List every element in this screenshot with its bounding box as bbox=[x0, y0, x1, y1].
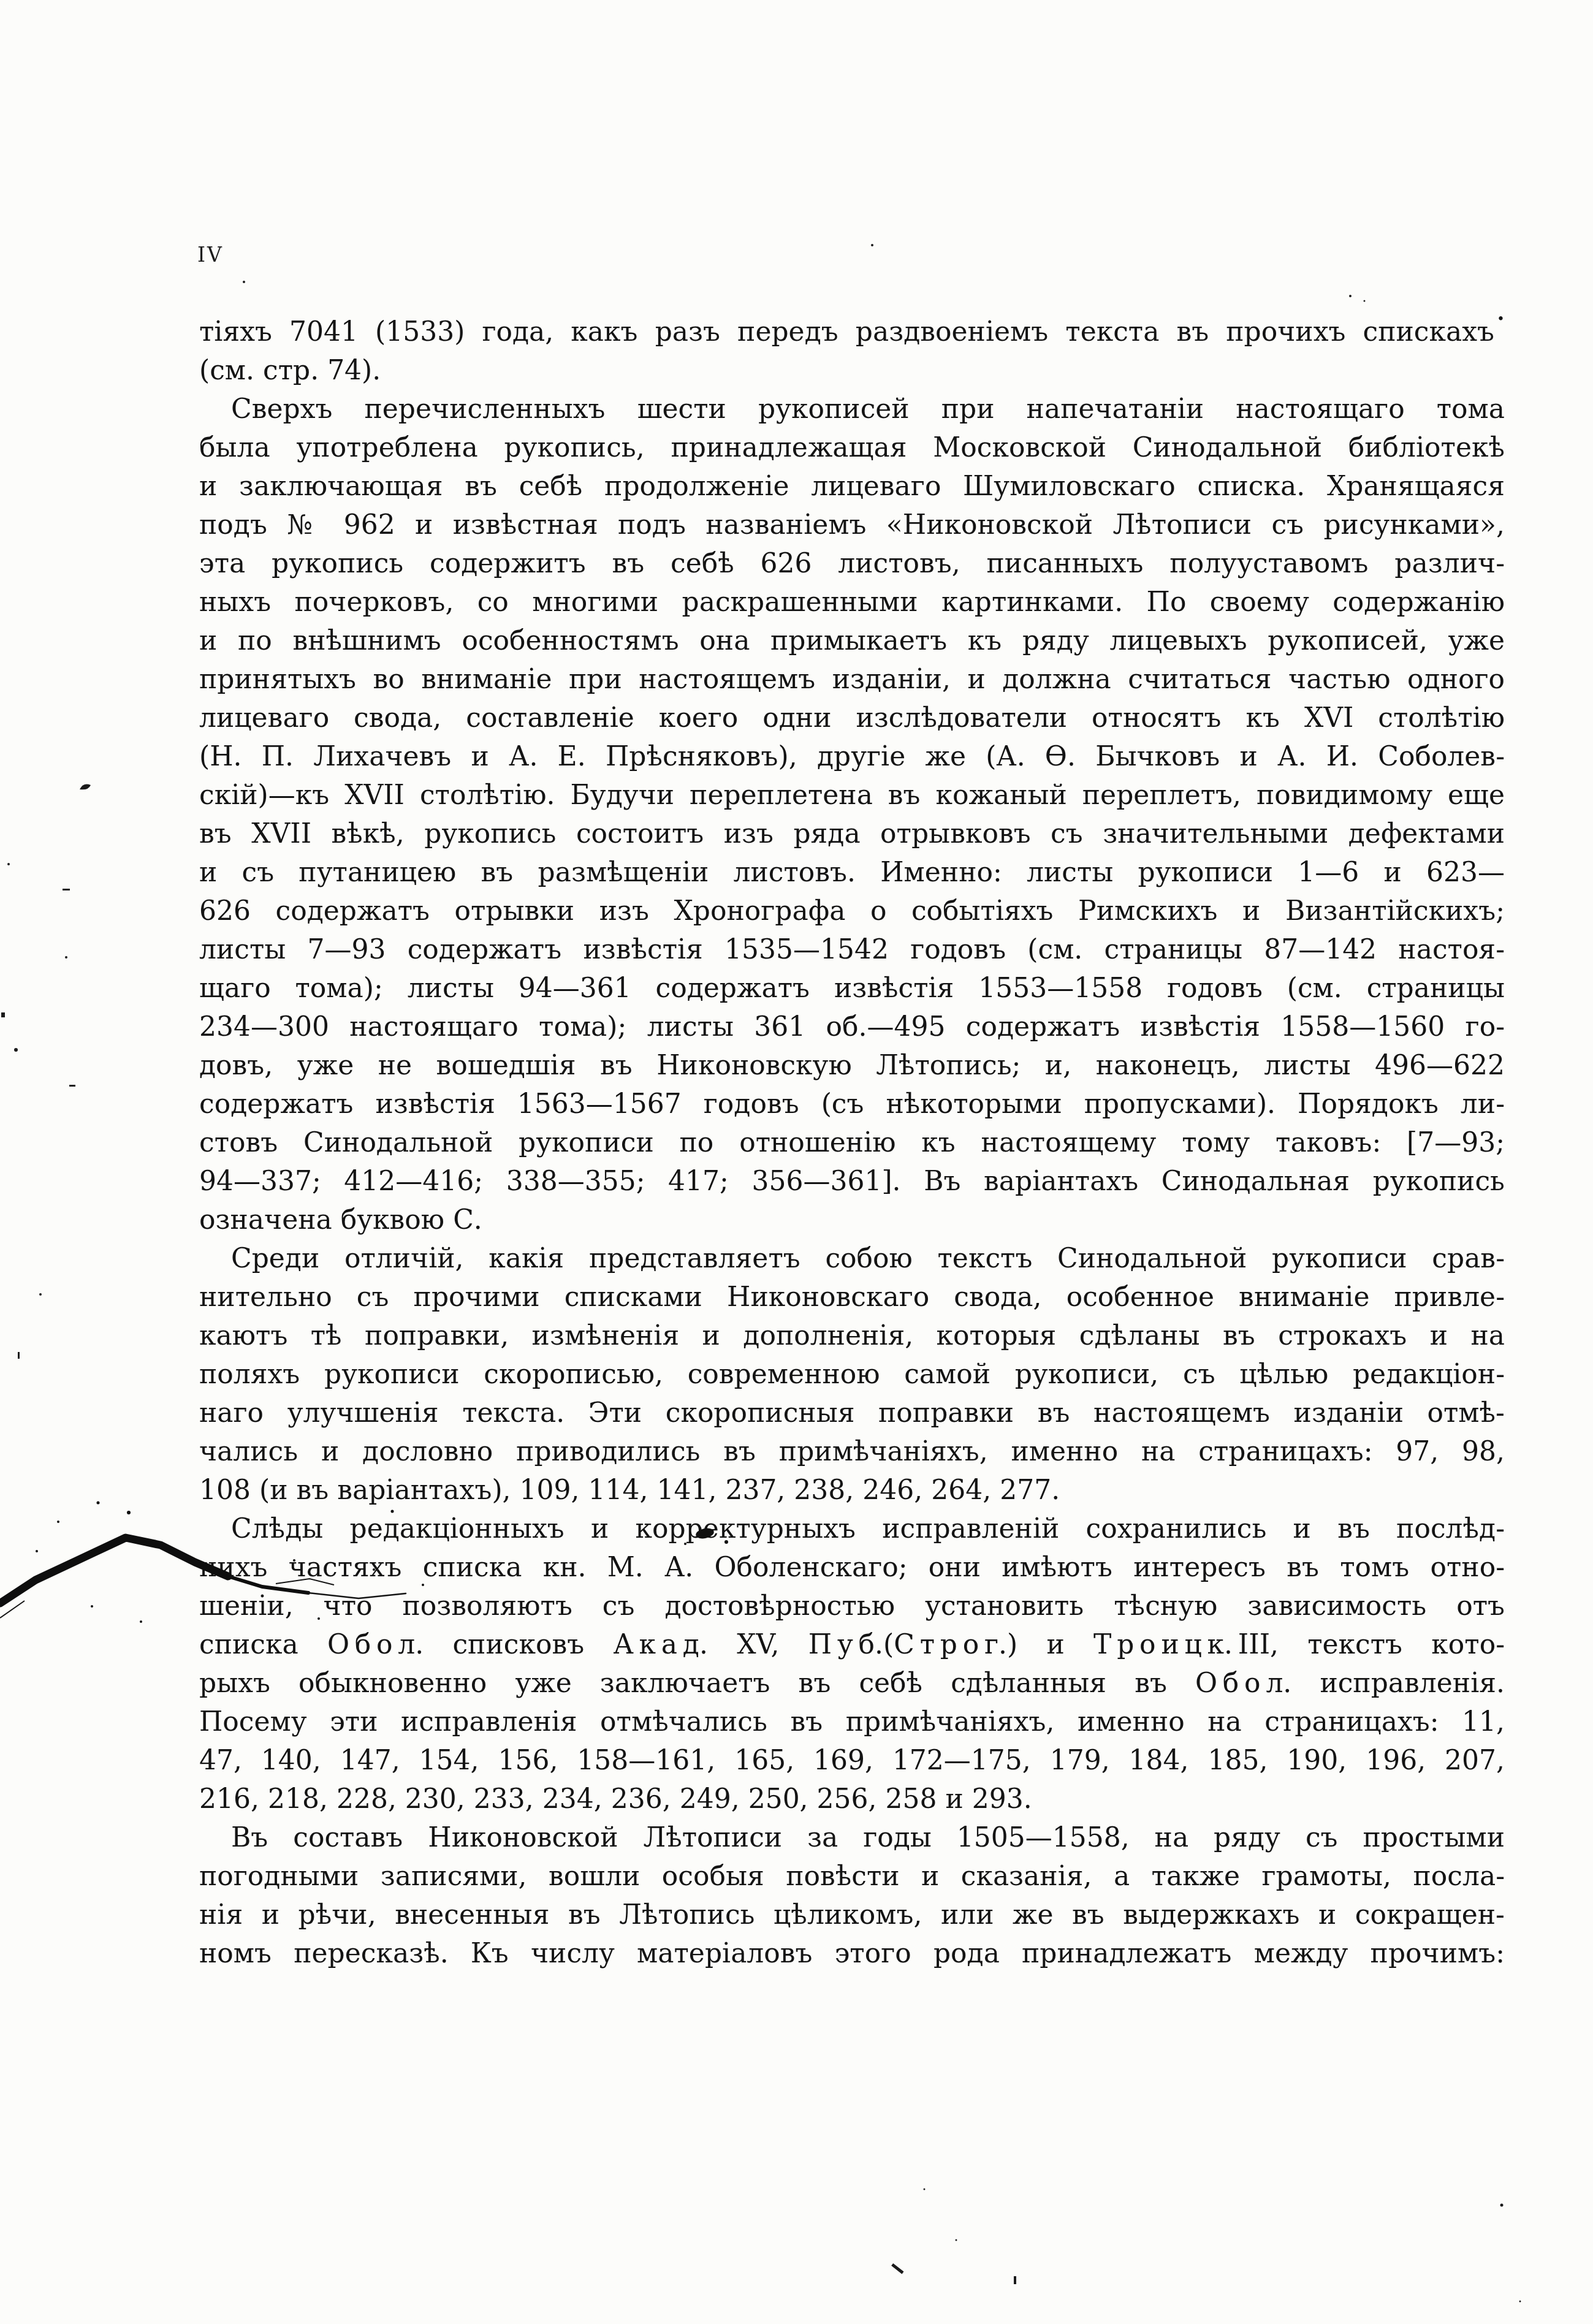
text-line: наго улучшенія текста. Эти скорописныя п… bbox=[199, 1394, 1505, 1432]
text-line: нихъ частяхъ списка кн. М. А. Оболенскаг… bbox=[199, 1548, 1505, 1587]
text-line: тіяхъ 7041 (1533) года, какъ разъ передъ… bbox=[199, 313, 1505, 351]
text-line: и заключающая въ себѣ продолженіе лицева… bbox=[199, 467, 1505, 506]
text-line: 216, 218, 228, 230, 233, 234, 236, 249, … bbox=[199, 1780, 1505, 1818]
text-line: 234—300 настоящаго тома); листы 361 об.—… bbox=[199, 1008, 1505, 1046]
text-line: поляхъ рукописи скорописью, современною … bbox=[199, 1355, 1505, 1394]
text-line: принятыхъ во вниманіе при настоящемъ изд… bbox=[199, 660, 1505, 699]
footnote-marker: • bbox=[1497, 312, 1505, 327]
text-line: нія и рѣчи, внесенныя въ Лѣтопись цѣлико… bbox=[199, 1896, 1505, 1934]
text-line: нительно съ прочими списками Никоновскаг… bbox=[199, 1278, 1505, 1316]
text-line: лицеваго свода, составленіе коего одни и… bbox=[199, 699, 1505, 737]
text-line: эта рукопись содержитъ въ себѣ 626 листо… bbox=[199, 544, 1505, 583]
text-line: и по внѣшнимъ особенностямъ она примыкае… bbox=[199, 621, 1505, 660]
text-line: означена буквою С. bbox=[199, 1201, 1505, 1239]
text-line: стовъ Синодальной рукописи по отношенію … bbox=[199, 1123, 1505, 1162]
text-line: Слѣды редакціонныхъ и корректурныхъ испр… bbox=[199, 1509, 1505, 1548]
text-line: 626 содержатъ отрывки изъ Хронографа о с… bbox=[199, 892, 1505, 930]
text-line: (см. стр. 74). bbox=[199, 351, 1505, 390]
text-line: въ XVII вѣкѣ, рукопись состоитъ изъ ряда… bbox=[199, 815, 1505, 853]
text-line: ныхъ почерковъ, со многими раскрашенными… bbox=[199, 583, 1505, 621]
text-line: Въ составъ Никоновской Лѣтописи за годы … bbox=[199, 1818, 1505, 1857]
text-line: номъ пересказѣ. Къ числу матеріаловъ это… bbox=[199, 1934, 1505, 1973]
text-line: чались и дословно приводились въ примѣча… bbox=[199, 1432, 1505, 1471]
text-line: погодными записями, вошли особыя повѣсти… bbox=[199, 1857, 1505, 1896]
scanned-book-page: IV тіяхъ 7041 (1533) года, какъ разъ пер… bbox=[0, 0, 1593, 2324]
text-line: и съ путаницею въ размѣщеніи листовъ. Им… bbox=[199, 853, 1505, 892]
body-text-block: тіяхъ 7041 (1533) года, какъ разъ передъ… bbox=[199, 313, 1505, 1973]
text-line: списка О б о л. списковъ А к а д. XV, П … bbox=[199, 1625, 1505, 1664]
text-line: подъ № 962 и извѣстная подъ названіемъ «… bbox=[199, 506, 1505, 544]
text-line: довъ, уже не вошедшія въ Никоновскую Лѣт… bbox=[199, 1046, 1505, 1085]
text-line: Среди отличій, какія представляетъ собою… bbox=[199, 1239, 1505, 1278]
text-line: Сверхъ перечисленныхъ шести рукописей пр… bbox=[199, 390, 1505, 428]
text-line: листы 7—93 содержатъ извѣстія 1535—1542 … bbox=[199, 930, 1505, 969]
text-line: (Н. П. Лихачевъ и А. Е. Прѣсняковъ), дру… bbox=[199, 737, 1505, 776]
text-line: содержатъ извѣстія 1563—1567 годовъ (съ … bbox=[199, 1085, 1505, 1123]
text-line: 94—337; 412—416; 338—355; 417; 356—361].… bbox=[199, 1162, 1505, 1201]
text-line: скій)—къ XVII столѣтію. Будучи переплете… bbox=[199, 776, 1505, 815]
page-number: IV bbox=[197, 243, 224, 267]
text-line: Посему эти исправленія отмѣчались въ при… bbox=[199, 1703, 1505, 1741]
text-line: рыхъ обыкновенно уже заключаетъ въ себѣ … bbox=[199, 1664, 1505, 1703]
text-line: шеніи, что позволяютъ съ достовѣрностью … bbox=[199, 1587, 1505, 1625]
text-line: была употреблена рукопись, принадлежащая… bbox=[199, 428, 1505, 467]
text-line: каютъ тѣ поправки, измѣненія и дополнені… bbox=[199, 1316, 1505, 1355]
text-line: 108 (и въ варіантахъ), 109, 114, 141, 23… bbox=[199, 1471, 1505, 1509]
text-line: 47, 140, 147, 154, 156, 158—161, 165, 16… bbox=[199, 1741, 1505, 1780]
text-line: щаго тома); листы 94—361 содержатъ извѣс… bbox=[199, 969, 1505, 1008]
